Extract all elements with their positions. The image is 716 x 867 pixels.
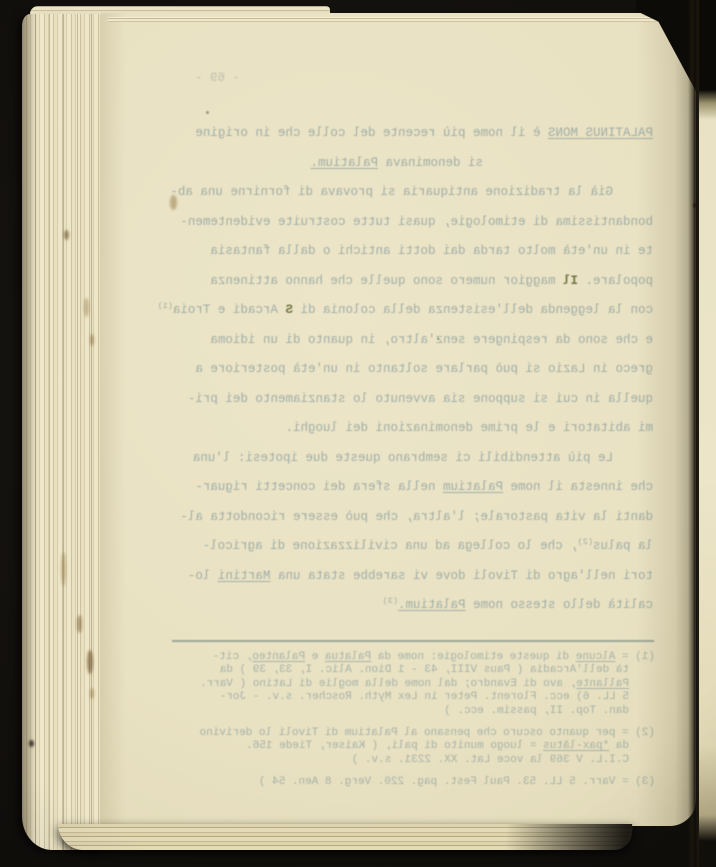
foxing-stain bbox=[64, 230, 69, 240]
bleedthrough-body-text: PALATINUS MONS è il nome più recente del… bbox=[175, 119, 653, 621]
text-line: popolare. Il maggior numero sono quelle … bbox=[175, 267, 653, 297]
text-line: calità dello stesso nome Palatium.(3) bbox=[175, 591, 653, 621]
text-line: danti la vita pastorale; l'altra, che pu… bbox=[175, 503, 653, 533]
text-line: bondantissima di etimologie, quasi tutte… bbox=[175, 208, 653, 238]
text-line: (1) = Alcune di queste etimologie: nome … bbox=[163, 651, 655, 664]
bleedthrough-footnotes-text: (1) = Alcune di queste etimologie: nome … bbox=[163, 651, 655, 790]
text-line: si denominava Palatium. bbox=[175, 149, 653, 179]
text-line: te in un'età molto tarda dai dotti antic… bbox=[175, 237, 653, 267]
left-page-edge-stack bbox=[22, 14, 104, 850]
text-line: (2) = per quanto oscuro che pensano al P… bbox=[163, 727, 655, 740]
scanned-book-page: - 69 - PALATINUS MONS è il nome più rece… bbox=[0, 0, 716, 867]
text-line: quella in cui si suppone sia avvenuto lo… bbox=[175, 385, 653, 415]
foxing-stain bbox=[87, 650, 93, 674]
text-line: la palus(2), che lo collega ad una civil… bbox=[175, 532, 653, 562]
text-line: 5 LL. 6) ecc. Florent. Peter in Lex Myth… bbox=[163, 691, 655, 704]
text-line: che innesta il nome Palatium nella sfera… bbox=[175, 473, 653, 503]
text-line: Già la tradizione antiquaria si provava … bbox=[175, 178, 653, 208]
foxing-stain bbox=[84, 298, 89, 317]
paper-speck bbox=[206, 111, 209, 114]
text-line: Pallante, avo di Evandro; dal nome della… bbox=[163, 678, 655, 691]
text-line: PALATINUS MONS è il nome più recente del… bbox=[175, 119, 653, 149]
text-line: tà dell'Arcadia ( Paus VIII, 43 - 1 Dion… bbox=[163, 664, 655, 677]
text-line: e che sono da respingere senz'altro, in … bbox=[175, 326, 653, 356]
text-line: tori nell'agro di Tivoli dove vi sarebbe… bbox=[175, 562, 653, 592]
facing-page-edge bbox=[699, 0, 716, 867]
footnote-divider-rule bbox=[172, 640, 654, 642]
text-line: C.I.L. V 369 la voce Lat. XX. 2231. s.v.… bbox=[163, 754, 655, 767]
text-line: (3) = Varr. 5 LL. 53. Paul Fest. pag. 22… bbox=[163, 776, 655, 789]
foxing-stain bbox=[61, 552, 66, 586]
page-number: - 69 - bbox=[184, 71, 240, 85]
text-line: mi abitatori e le prime denominazioni de… bbox=[175, 414, 653, 444]
bottom-page-edge-stack bbox=[58, 824, 633, 850]
text-line: Le più attendibili ci sembrano queste du… bbox=[175, 444, 653, 474]
text-line: da *pax-lātus = luogo munito di pali, ( … bbox=[163, 740, 655, 753]
dark-fleck bbox=[29, 740, 34, 747]
foxing-stain bbox=[77, 615, 82, 633]
text-line: con la leggenda dell'esistenza della col… bbox=[175, 296, 653, 326]
text-line: greco in Lazio si può parlare soltanto i… bbox=[175, 355, 653, 385]
text-line: dan. Top. II, passim. ecc. ) bbox=[163, 705, 655, 718]
gutter-crease bbox=[688, 0, 699, 867]
underlying-page-top-edges bbox=[108, 17, 664, 23]
foxing-stain bbox=[90, 688, 94, 699]
foxing-stain bbox=[90, 334, 94, 346]
